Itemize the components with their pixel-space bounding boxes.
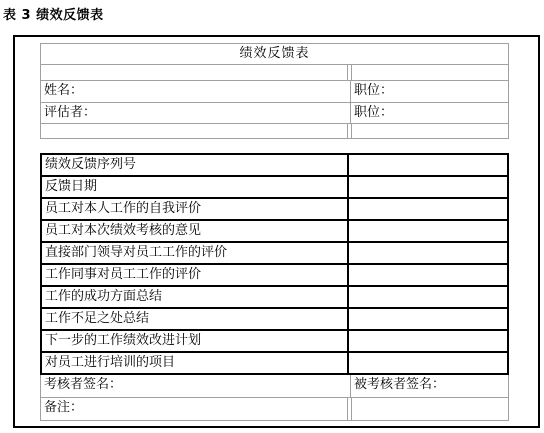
- field-value-cell: [349, 221, 507, 241]
- field-label: 工作的成功方面总结: [42, 287, 349, 307]
- form-title: 绩效反馈表: [41, 44, 508, 65]
- name-position-label: 职位：: [351, 81, 508, 102]
- field-value-cell: [349, 177, 507, 197]
- signature-row: 考核者签名： 被考核者签名：: [41, 375, 508, 398]
- field-label: 下一步的工作绩效改进计划: [42, 331, 349, 351]
- body-row: 对员工进行培训的项目: [42, 353, 507, 373]
- name-row: 姓名： 职位：: [41, 81, 508, 103]
- field-value-cell: [349, 265, 507, 285]
- body-row: 员工对本人工作的自我评价: [42, 199, 507, 221]
- evaluator-row: 评估者： 职位：: [41, 103, 508, 124]
- evaluator-label: 评估者：: [41, 103, 351, 123]
- field-label: 绩效反馈序列号: [42, 155, 349, 175]
- field-value-cell: [349, 353, 507, 373]
- spacer-row: [41, 124, 508, 138]
- field-label: 工作同事对员工工作的评价: [42, 265, 349, 285]
- field-label: 工作不足之处总结: [42, 309, 349, 329]
- body-row: 绩效反馈序列号: [42, 155, 507, 177]
- remarks-row: 备注：: [41, 398, 508, 420]
- body-section: 绩效反馈序列号 反馈日期 员工对本人工作的自我评价 员工对本次绩效考核的意见 直…: [40, 153, 509, 375]
- table-caption: 表 3 绩效反馈表: [3, 4, 104, 23]
- body-row: 工作不足之处总结: [42, 309, 507, 331]
- form-outer-border: 绩效反馈表 姓名： 职位： 评估者： 职位：: [13, 35, 540, 428]
- assessor-signature-label: 考核者签名：: [41, 375, 351, 397]
- field-label: 对员工进行培训的项目: [42, 353, 349, 373]
- body-row: 工作的成功方面总结: [42, 287, 507, 309]
- spacer-cell-right: [352, 124, 508, 138]
- spacer-cell-right: [352, 65, 508, 80]
- name-label: 姓名：: [41, 81, 351, 102]
- body-row: 反馈日期: [42, 177, 507, 199]
- remarks-value-cell: [352, 398, 508, 420]
- form-inner: 绩效反馈表 姓名： 职位： 评估者： 职位：: [40, 43, 509, 421]
- field-label: 员工对本人工作的自我评价: [42, 199, 349, 219]
- body-row: 直接部门领导对员工工作的评价: [42, 243, 507, 265]
- spacer-cell-left: [41, 124, 347, 138]
- field-label: 反馈日期: [42, 177, 349, 197]
- field-label: 员工对本次绩效考核的意见: [42, 221, 349, 241]
- spacer-row: [41, 65, 508, 81]
- body-row: 员工对本次绩效考核的意见: [42, 221, 507, 243]
- section-gap: [40, 139, 509, 153]
- field-value-cell: [349, 287, 507, 307]
- field-value-cell: [349, 309, 507, 329]
- evaluator-position-label: 职位：: [351, 103, 508, 123]
- field-value-cell: [349, 331, 507, 351]
- footer-section: 考核者签名： 被考核者签名： 备注：: [40, 375, 509, 421]
- body-row: 工作同事对员工工作的评价: [42, 265, 507, 287]
- header-section: 绩效反馈表 姓名： 职位： 评估者： 职位：: [40, 43, 509, 139]
- body-row: 下一步的工作绩效改进计划: [42, 331, 507, 353]
- spacer-cell-left: [41, 65, 347, 80]
- field-label: 直接部门领导对员工工作的评价: [42, 243, 349, 263]
- field-value-cell: [349, 243, 507, 263]
- assessee-signature-label: 被考核者签名：: [351, 375, 508, 397]
- field-value-cell: [349, 199, 507, 219]
- field-value-cell: [349, 155, 507, 175]
- remarks-label: 备注：: [41, 398, 347, 420]
